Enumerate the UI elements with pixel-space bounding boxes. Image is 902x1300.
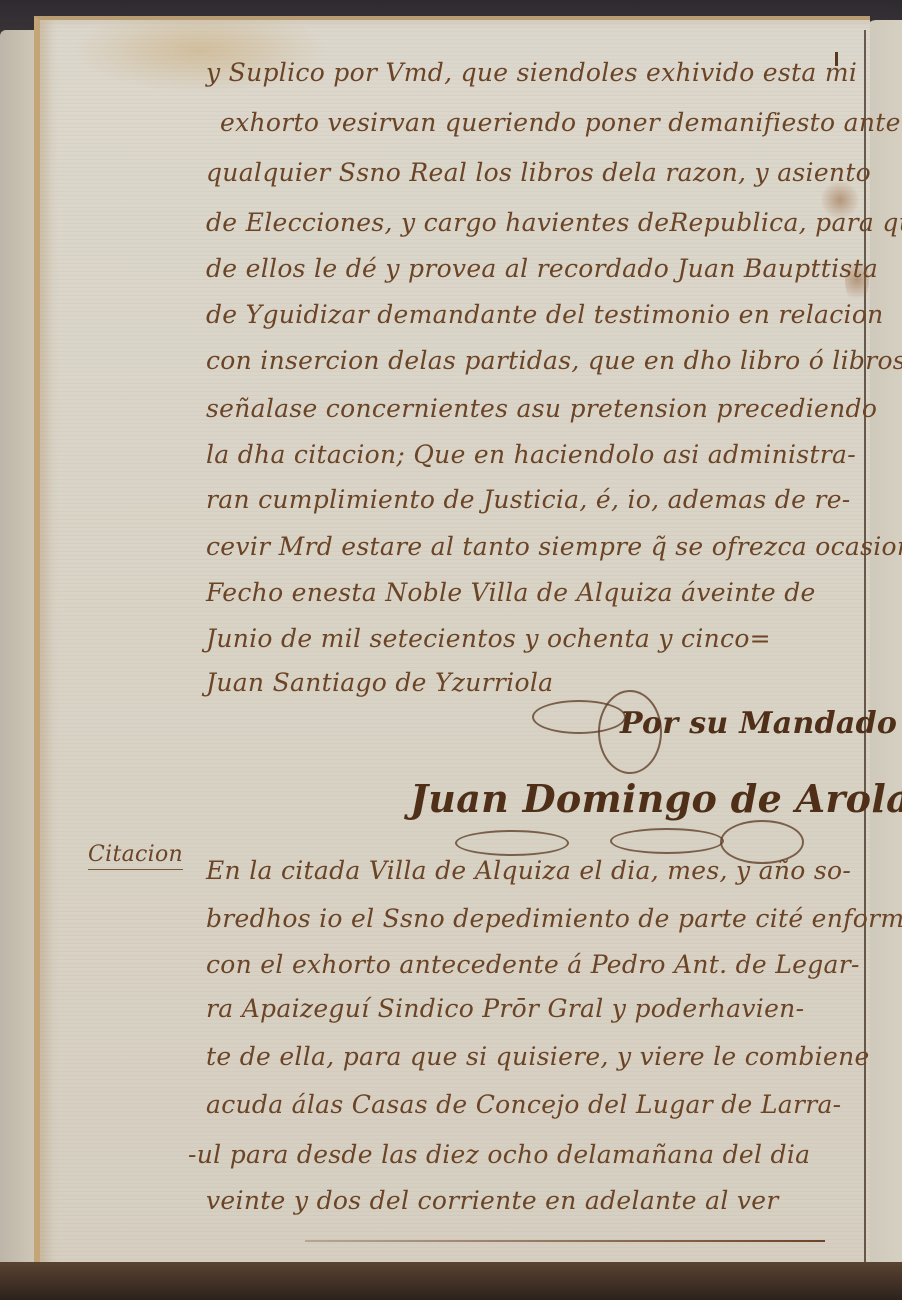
signature-rubric (610, 828, 724, 854)
text-line: -ul para desde las diez ocho delamañana … (188, 1140, 810, 1169)
text-line: ra Apaizeguí Sindico Prōr Gral y poderha… (206, 994, 804, 1023)
text-line: veinte y dos del corriente en adelante a… (206, 1186, 779, 1215)
text-line: Fecho enesta Noble Villa de Alquiza ávei… (206, 578, 816, 607)
text-line: de Elecciones, y cargo havientes deRepub… (206, 208, 902, 237)
text-line: con insercion delas partidas, que en dho… (206, 346, 902, 375)
page-bottom-edge (0, 1262, 902, 1300)
text-line: exhorto vesirvan queriendo poner demanif… (220, 108, 901, 137)
text-line: señalase concernientes asu pretension pr… (206, 394, 877, 423)
text-line: ran cumplimiento de Justicia, é, io, ade… (206, 485, 851, 514)
text-line: con el exhorto antecedente á Pedro Ant. … (206, 950, 860, 979)
text-line: bredhos io el Ssno depedimiento de parte… (206, 904, 902, 933)
text-line: En la citada Villa de Alquiza el dia, me… (206, 856, 851, 885)
text-line: la dha citacion; Que en haciendolo asi a… (206, 440, 856, 469)
signature-rubric (455, 830, 569, 856)
text-line: acuda álas Casas de Concejo del Lugar de… (206, 1090, 841, 1119)
text-line: de ellos le dé y provea al recordado Jua… (206, 254, 878, 283)
text-line: te de ella, para que si quisiere, y vier… (206, 1042, 870, 1071)
closing-rule (305, 1240, 825, 1242)
text-line: de Yguidizar demandante del testimonio e… (206, 300, 884, 329)
text-line: cevir Mrd estare al tanto siempre q̃ se … (206, 532, 902, 561)
text-line: y Suplico por Vmd, que siendoles exhivid… (206, 58, 857, 87)
signature-closing: Por su Mandado (620, 706, 897, 741)
signature-name: Juan Domingo de Arola (410, 776, 902, 821)
scribe-name: Juan Santiago de Yzurriola (206, 668, 553, 697)
text-line: qualquier Ssno Real los libros dela razo… (206, 158, 871, 187)
text-line: Junio de mil setecientos y ochenta y cin… (206, 624, 771, 653)
margin-note: Citacion (88, 842, 183, 870)
